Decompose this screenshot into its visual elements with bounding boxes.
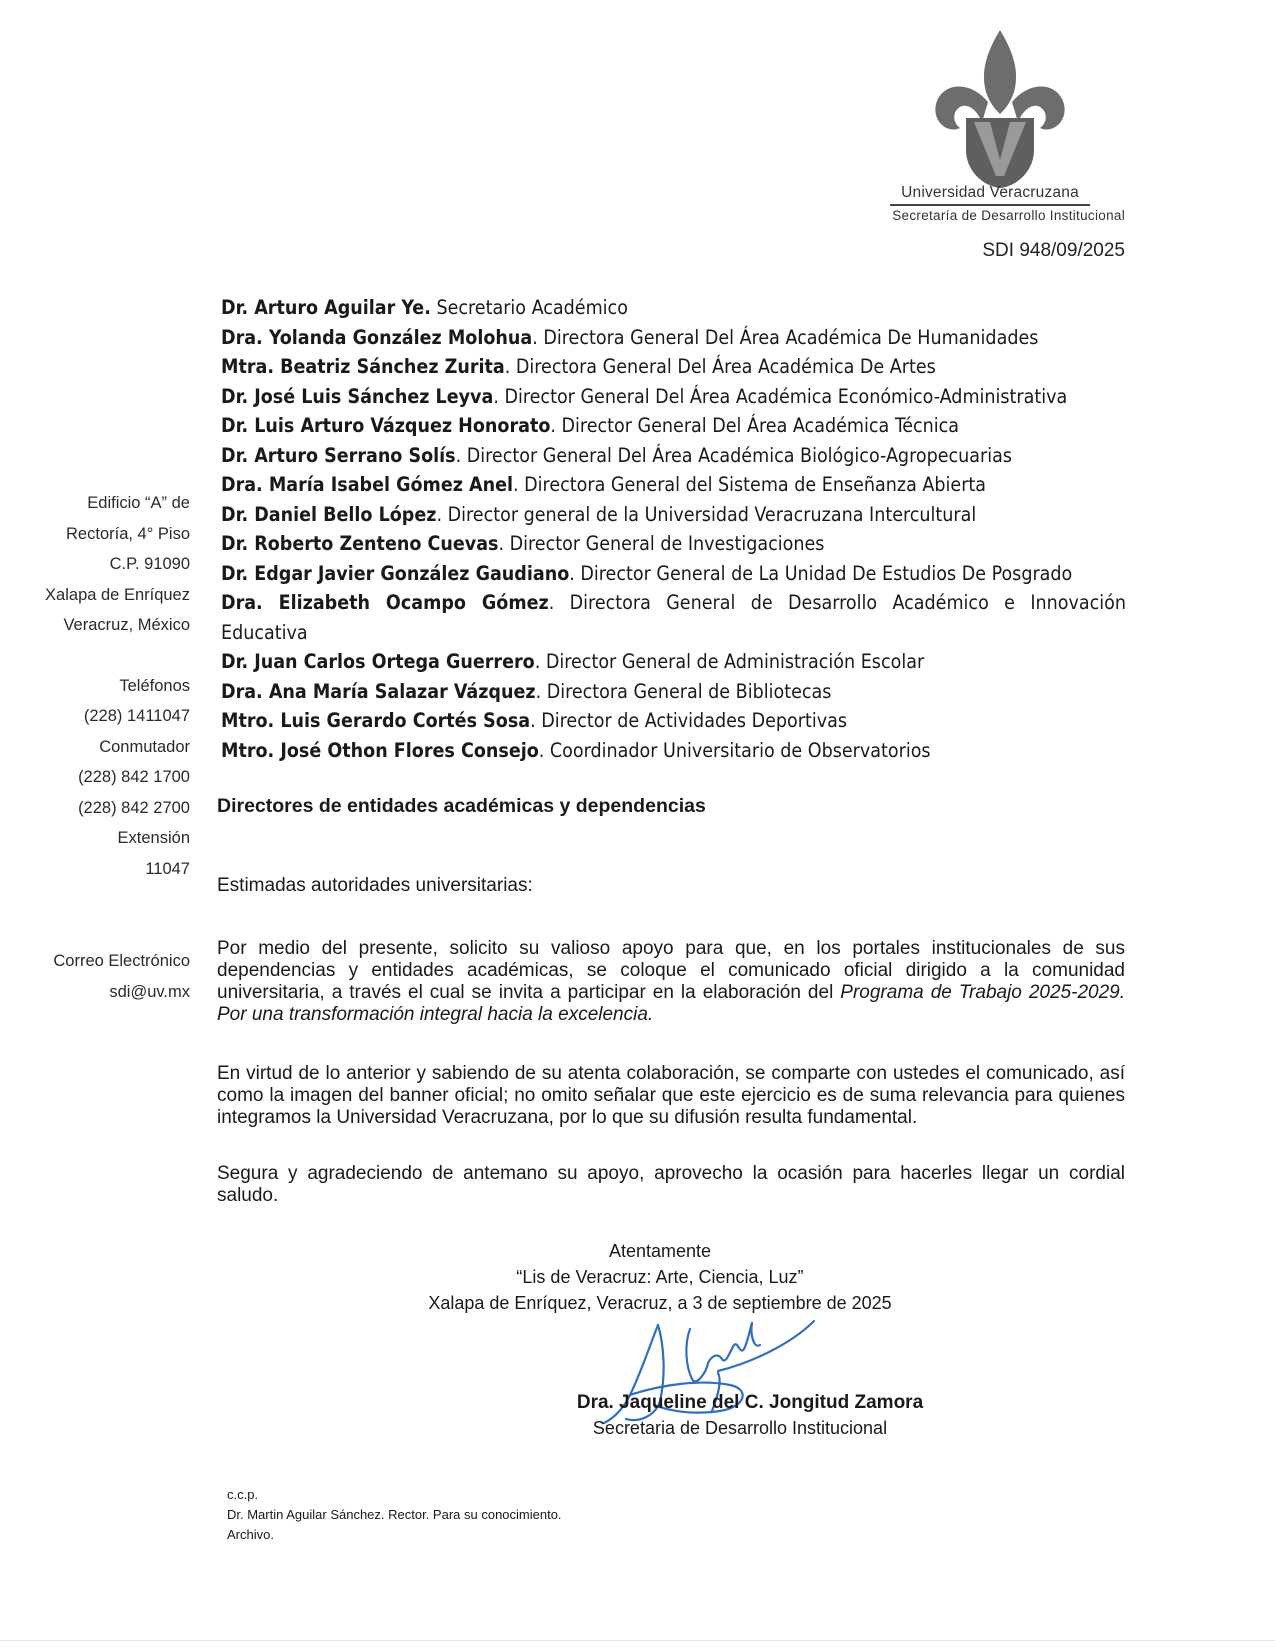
recipient-role: . Directora General Del Área Académica D…: [505, 355, 936, 378]
recipient-name: Dr. Roberto Zenteno Cuevas: [221, 532, 498, 555]
recipient-role: . Directora General de Bibliotecas: [536, 680, 832, 703]
recipient-row: Dr. Roberto Zenteno Cuevas. Director Gen…: [221, 529, 1126, 559]
body-paragraph: Segura y agradeciendo de antemano su apo…: [217, 1163, 1125, 1207]
recipient-role: . Director General de La Unidad De Estud…: [569, 562, 1072, 585]
recipient-row: Mtro. Luis Gerardo Cortés Sosa. Director…: [221, 706, 1126, 736]
motto: “Lis de Veracruz: Arte, Ciencia, Luz”: [360, 1264, 960, 1290]
recipient-row: Dr. Arturo Serrano Solís. Director Gener…: [221, 441, 1126, 471]
recipient-name: Mtro. José Othon Flores Consejo: [221, 739, 539, 762]
recipient-row: Dr. Juan Carlos Ortega Guerrero. Directo…: [221, 647, 1126, 677]
address-line: Xalapa de Enríquez: [0, 580, 190, 611]
place-date: Xalapa de Enríquez, Veracruz, a 3 de sep…: [360, 1290, 960, 1316]
recipient-row: Dr. Luis Arturo Vázquez Honorato. Direct…: [221, 411, 1126, 441]
recipient-row: Dra. Ana María Salazar Vázquez. Director…: [221, 677, 1126, 707]
recipient-row: Dr. Edgar Javier González Gaudiano. Dire…: [221, 559, 1126, 589]
header-divider: [890, 204, 1090, 206]
fleur-de-lis-v-logo-icon: [930, 30, 1070, 190]
carbon-copy-block: c.c.p. Dr. Martin Aguilar Sánchez. Recto…: [227, 1485, 562, 1545]
switchboard-number: (228) 842 2700: [0, 793, 190, 824]
recipient-name: Dra. María Isabel Gómez Anel: [221, 473, 513, 496]
recipient-role: Secretario Académico: [436, 296, 628, 319]
recipient-row: Dra. María Isabel Gómez Anel. Directora …: [221, 470, 1126, 500]
email-link[interactable]: sdi@uv.mx: [0, 977, 190, 1008]
recipient-role: . Director de Actividades Deportivas: [530, 709, 847, 732]
recipient-row: Dr. Arturo Aguilar Ye. Secretario Académ…: [221, 293, 1126, 323]
recipient-name: Dr. Arturo Serrano Solís: [221, 444, 456, 467]
address-line: Veracruz, México: [0, 610, 190, 641]
recipient-name: Mtra. Beatriz Sánchez Zurita: [221, 355, 505, 378]
recipient-name: Dr. Edgar Javier González Gaudiano: [221, 562, 569, 585]
recipient-role: . Directora General del Sistema de Enseñ…: [513, 473, 986, 496]
address-line: Rectoría, 4° Piso: [0, 519, 190, 550]
recipient-role: . Director General Del Área Académica Té…: [550, 414, 959, 437]
recipient-name: Dr. Daniel Bello López: [221, 503, 436, 526]
recipient-row: Dr. José Luis Sánchez Leyva. Director Ge…: [221, 382, 1126, 412]
recipient-role: . Directora General Del Área Académica D…: [532, 326, 1038, 349]
contact-sidebar: Edificio “A” de Rectoría, 4° Piso C.P. 9…: [0, 488, 190, 1007]
switchboard-label: Conmutador: [0, 732, 190, 763]
signer-title: Secretaria de Desarrollo Institucional: [360, 1418, 1120, 1439]
ccp-line: Archivo.: [227, 1525, 562, 1545]
body-paragraph: En virtud de lo anterior y sabiendo de s…: [217, 1063, 1125, 1129]
recipient-row: Dr. Daniel Bello López. Director general…: [221, 500, 1126, 530]
extension-number: 11047: [0, 854, 190, 885]
recipient-row: Mtro. José Othon Flores Consejo. Coordin…: [221, 736, 1126, 766]
recipient-name: Dra. Yolanda González Molohua: [221, 326, 532, 349]
salutation: Estimadas autoridades universitarias:: [217, 875, 533, 897]
recipient-role: . Director General de Investigaciones: [498, 532, 824, 555]
ccp-line: Dr. Martin Aguilar Sánchez. Rector. Para…: [227, 1505, 562, 1525]
reference-number: SDI 948/09/2025: [900, 240, 1125, 262]
recipient-name: Dr. Juan Carlos Ortega Guerrero: [221, 650, 535, 673]
extension-label: Extensión: [0, 823, 190, 854]
address-line: Edificio “A” de: [0, 488, 190, 519]
recipient-role: . Director General Del Área Académica Ec…: [493, 385, 1067, 408]
phone-direct: (228) 1411047: [0, 701, 190, 732]
phones-label: Teléfonos: [0, 671, 190, 702]
page-edge: [0, 1640, 1275, 1641]
university-name: Universidad Veracruzana: [880, 184, 1100, 202]
ccp-label: c.c.p.: [227, 1485, 562, 1505]
recipient-name: Mtro. Luis Gerardo Cortés Sosa: [221, 709, 530, 732]
recipient-name: Dr. José Luis Sánchez Leyva: [221, 385, 493, 408]
recipient-name: Dra. Ana María Salazar Vázquez: [221, 680, 536, 703]
closing-block: Atentamente “Lis de Veracruz: Arte, Cien…: [360, 1238, 960, 1316]
email-label: Correo Electrónico: [0, 946, 190, 977]
address-line: C.P. 91090: [0, 549, 190, 580]
valediction: Atentamente: [360, 1238, 960, 1264]
group-heading: Directores de entidades académicas y dep…: [217, 795, 706, 818]
recipient-role: . Director General de Administración Esc…: [535, 650, 924, 673]
department-name: Secretaría de Desarrollo Institucional: [840, 208, 1125, 223]
recipient-name: Dr. Arturo Aguilar Ye.: [221, 296, 431, 319]
recipient-row: Mtra. Beatriz Sánchez Zurita. Directora …: [221, 352, 1126, 382]
signer-name: Dra. Jaqueline del C. Jongitud Zamora: [360, 1392, 1140, 1414]
recipient-name: Dr. Luis Arturo Vázquez Honorato: [221, 414, 550, 437]
recipient-name: Dra. Elizabeth Ocampo Gómez: [221, 591, 549, 614]
recipient-role: . Coordinador Universitario de Observato…: [539, 739, 931, 762]
recipients-list: Dr. Arturo Aguilar Ye. Secretario Académ…: [221, 293, 1126, 765]
recipient-row: Dra. Elizabeth Ocampo Gómez. Directora G…: [221, 588, 1126, 647]
switchboard-number: (228) 842 1700: [0, 762, 190, 793]
recipient-role: . Director general de la Universidad Ver…: [436, 503, 976, 526]
recipient-role: . Director General Del Área Académica Bi…: [456, 444, 1012, 467]
recipient-row: Dra. Yolanda González Molohua. Directora…: [221, 323, 1126, 353]
body-paragraph: Por medio del presente, solicito su vali…: [217, 938, 1125, 1026]
